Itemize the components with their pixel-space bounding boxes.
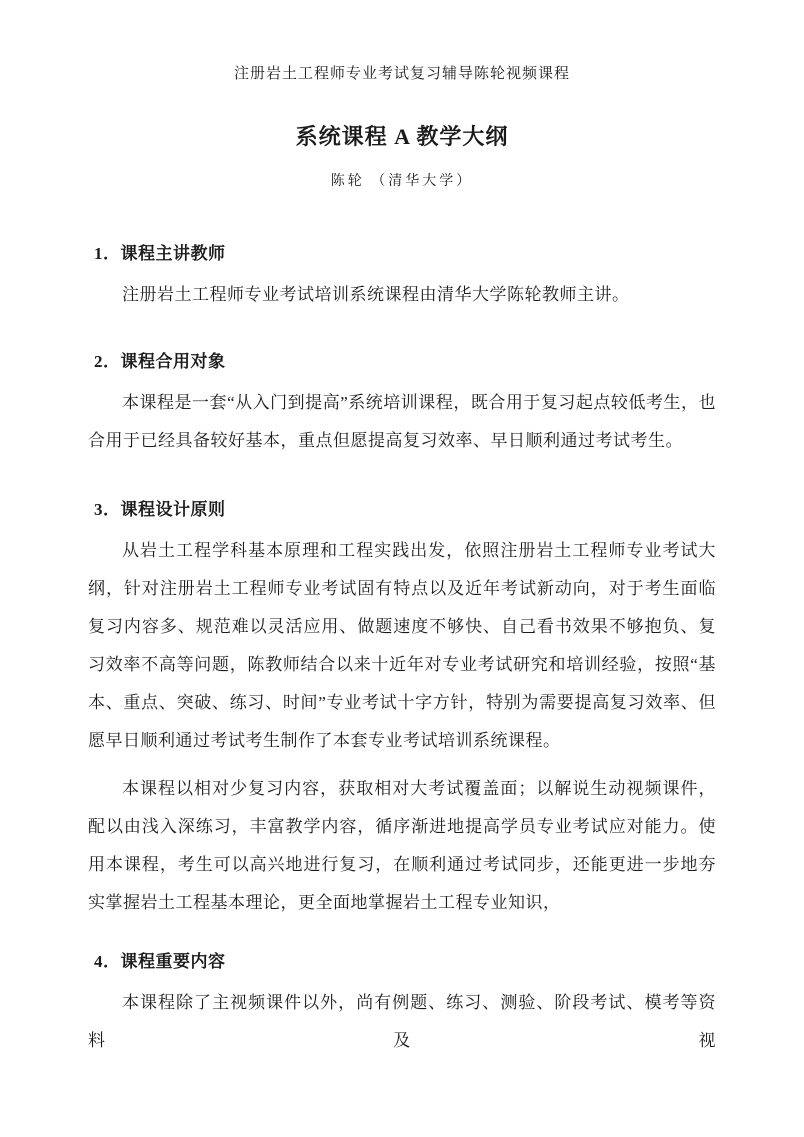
- document-page: 注册岩土工程师专业考试复习辅导陈轮视频课程 系统课程 A 教学大纲 陈轮 （清华…: [0, 0, 804, 1137]
- section-4-heading: 4．课程重要内容: [88, 950, 716, 974]
- paragraph: 本课程以相对少复习内容，获取相对大考试覆盖面；以解说生动视频课件，配以由浅入深练…: [88, 770, 716, 922]
- document-title: 系统课程 A 教学大纲: [88, 122, 716, 152]
- paragraph: 注册岩土工程师专业考试培训系统课程由清华大学陈轮教师主讲。: [88, 276, 716, 314]
- section-2: 2．课程合用对象 本课程是一套“从入门到提高”系统培训课程，既合用于复习起点较低…: [88, 350, 716, 460]
- section-4: 4．课程重要内容 本课程除了主视频课件以外，尚有例题、练习、测验、阶段考试、模考…: [88, 950, 716, 1060]
- section-1-heading: 1．课程主讲教师: [88, 242, 716, 266]
- section-2-heading: 2．课程合用对象: [88, 350, 716, 374]
- document-header: 注册岩土工程师专业考试复习辅导陈轮视频课程: [88, 64, 716, 84]
- document-subtitle: 陈轮 （清华大学）: [88, 172, 716, 192]
- section-1: 1．课程主讲教师 注册岩土工程师专业考试培训系统课程由清华大学陈轮教师主讲。: [88, 242, 716, 314]
- paragraph: 从岩土工程学科基本原理和工程实践出发，依照注册岩土工程师专业考试大纲，针对注册岩…: [88, 532, 716, 760]
- paragraph: 本课程是一套“从入门到提高”系统培训课程，既合用于复习起点较低考生，也合用于已经…: [88, 384, 716, 460]
- section-3-heading: 3．课程设计原则: [88, 498, 716, 522]
- paragraph: 本课程除了主视频课件以外，尚有例题、练习、测验、阶段考试、模考等资料及视: [88, 984, 716, 1060]
- section-3: 3．课程设计原则 从岩土工程学科基本原理和工程实践出发，依照注册岩土工程师专业考…: [88, 498, 716, 922]
